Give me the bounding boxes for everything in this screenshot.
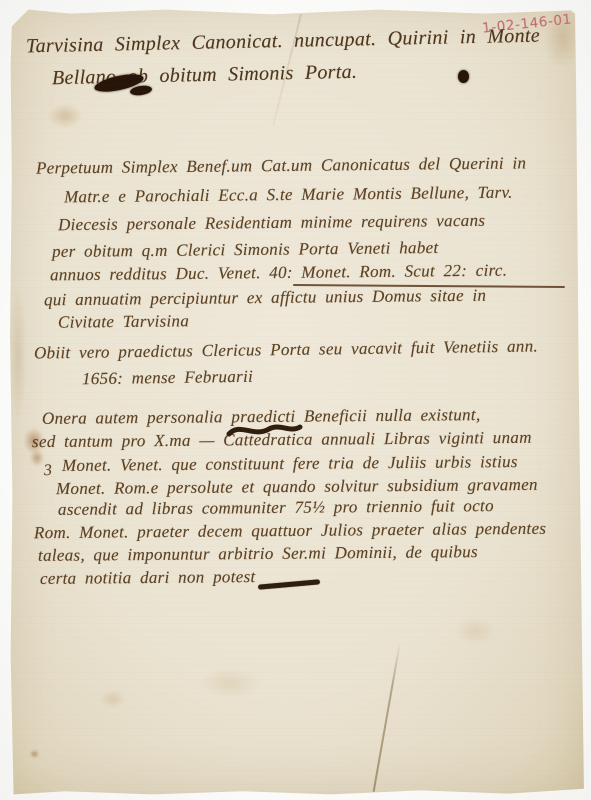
closing-dash-stroke bbox=[258, 579, 320, 589]
margin-note: 3 bbox=[43, 462, 53, 481]
manuscript-line: Diecesis personale Residentiam minime re… bbox=[58, 211, 485, 235]
manuscript-line: annuos redditus Duc. Venet. 40: Monet. R… bbox=[50, 261, 507, 286]
underlined-amount: Monet. Rom. Scut 22: circ. bbox=[301, 261, 507, 282]
manuscript-line: per obitum q.m Clerici Simonis Porta Ven… bbox=[52, 238, 439, 262]
manuscript-line: Rom. Monet. praeter decem quattuor Julio… bbox=[34, 519, 546, 543]
foxing-stain bbox=[100, 690, 126, 708]
manuscript-line: Monet. Venet. que constituunt fere tria … bbox=[62, 452, 518, 476]
foxing-stain bbox=[30, 750, 39, 758]
foxing-stain bbox=[455, 618, 495, 644]
manuscript-line: certa notitia dari non potest bbox=[40, 567, 256, 589]
manuscript-line: 1656: mense Februarii bbox=[82, 367, 253, 389]
paper-crease bbox=[373, 642, 401, 792]
foxing-stain bbox=[30, 450, 44, 466]
manuscript-line-segment: annuos redditus Duc. Venet. 40: bbox=[50, 263, 302, 285]
manuscript-line: Matr.e e Parochiali Ecc.a S.te Marie Mon… bbox=[64, 183, 513, 208]
manuscript-header-line: Tarvisina Simplex Canonicat. nuncupat. Q… bbox=[26, 25, 540, 59]
foxing-stain bbox=[48, 104, 82, 128]
manuscript-line: Obiit vero praedictus Clericus Porta seu… bbox=[34, 336, 538, 363]
manuscript-line: taleas, que imponuntur arbitrio Ser.mi D… bbox=[38, 542, 478, 566]
manuscript-line: Perpetuum Simplex Benef.um Cat.um Canoni… bbox=[36, 153, 526, 178]
manuscript-line: ascendit ad libras communiter 75½ pro tr… bbox=[58, 496, 494, 520]
manuscript-page: 1-02-146-01 Tarvisina Simplex Canonicat.… bbox=[0, 0, 591, 800]
ink-flourish bbox=[226, 420, 304, 442]
scan-background: 1-02-146-01 Tarvisina Simplex Canonicat.… bbox=[0, 0, 591, 800]
foxing-stain bbox=[200, 668, 260, 698]
manuscript-line: Civitate Tarvisina bbox=[58, 311, 189, 332]
ink-blot bbox=[458, 70, 469, 83]
manuscript-line: qui annuatim percipiuntur ex affictu uni… bbox=[44, 286, 486, 311]
foxing-stain bbox=[10, 290, 26, 420]
